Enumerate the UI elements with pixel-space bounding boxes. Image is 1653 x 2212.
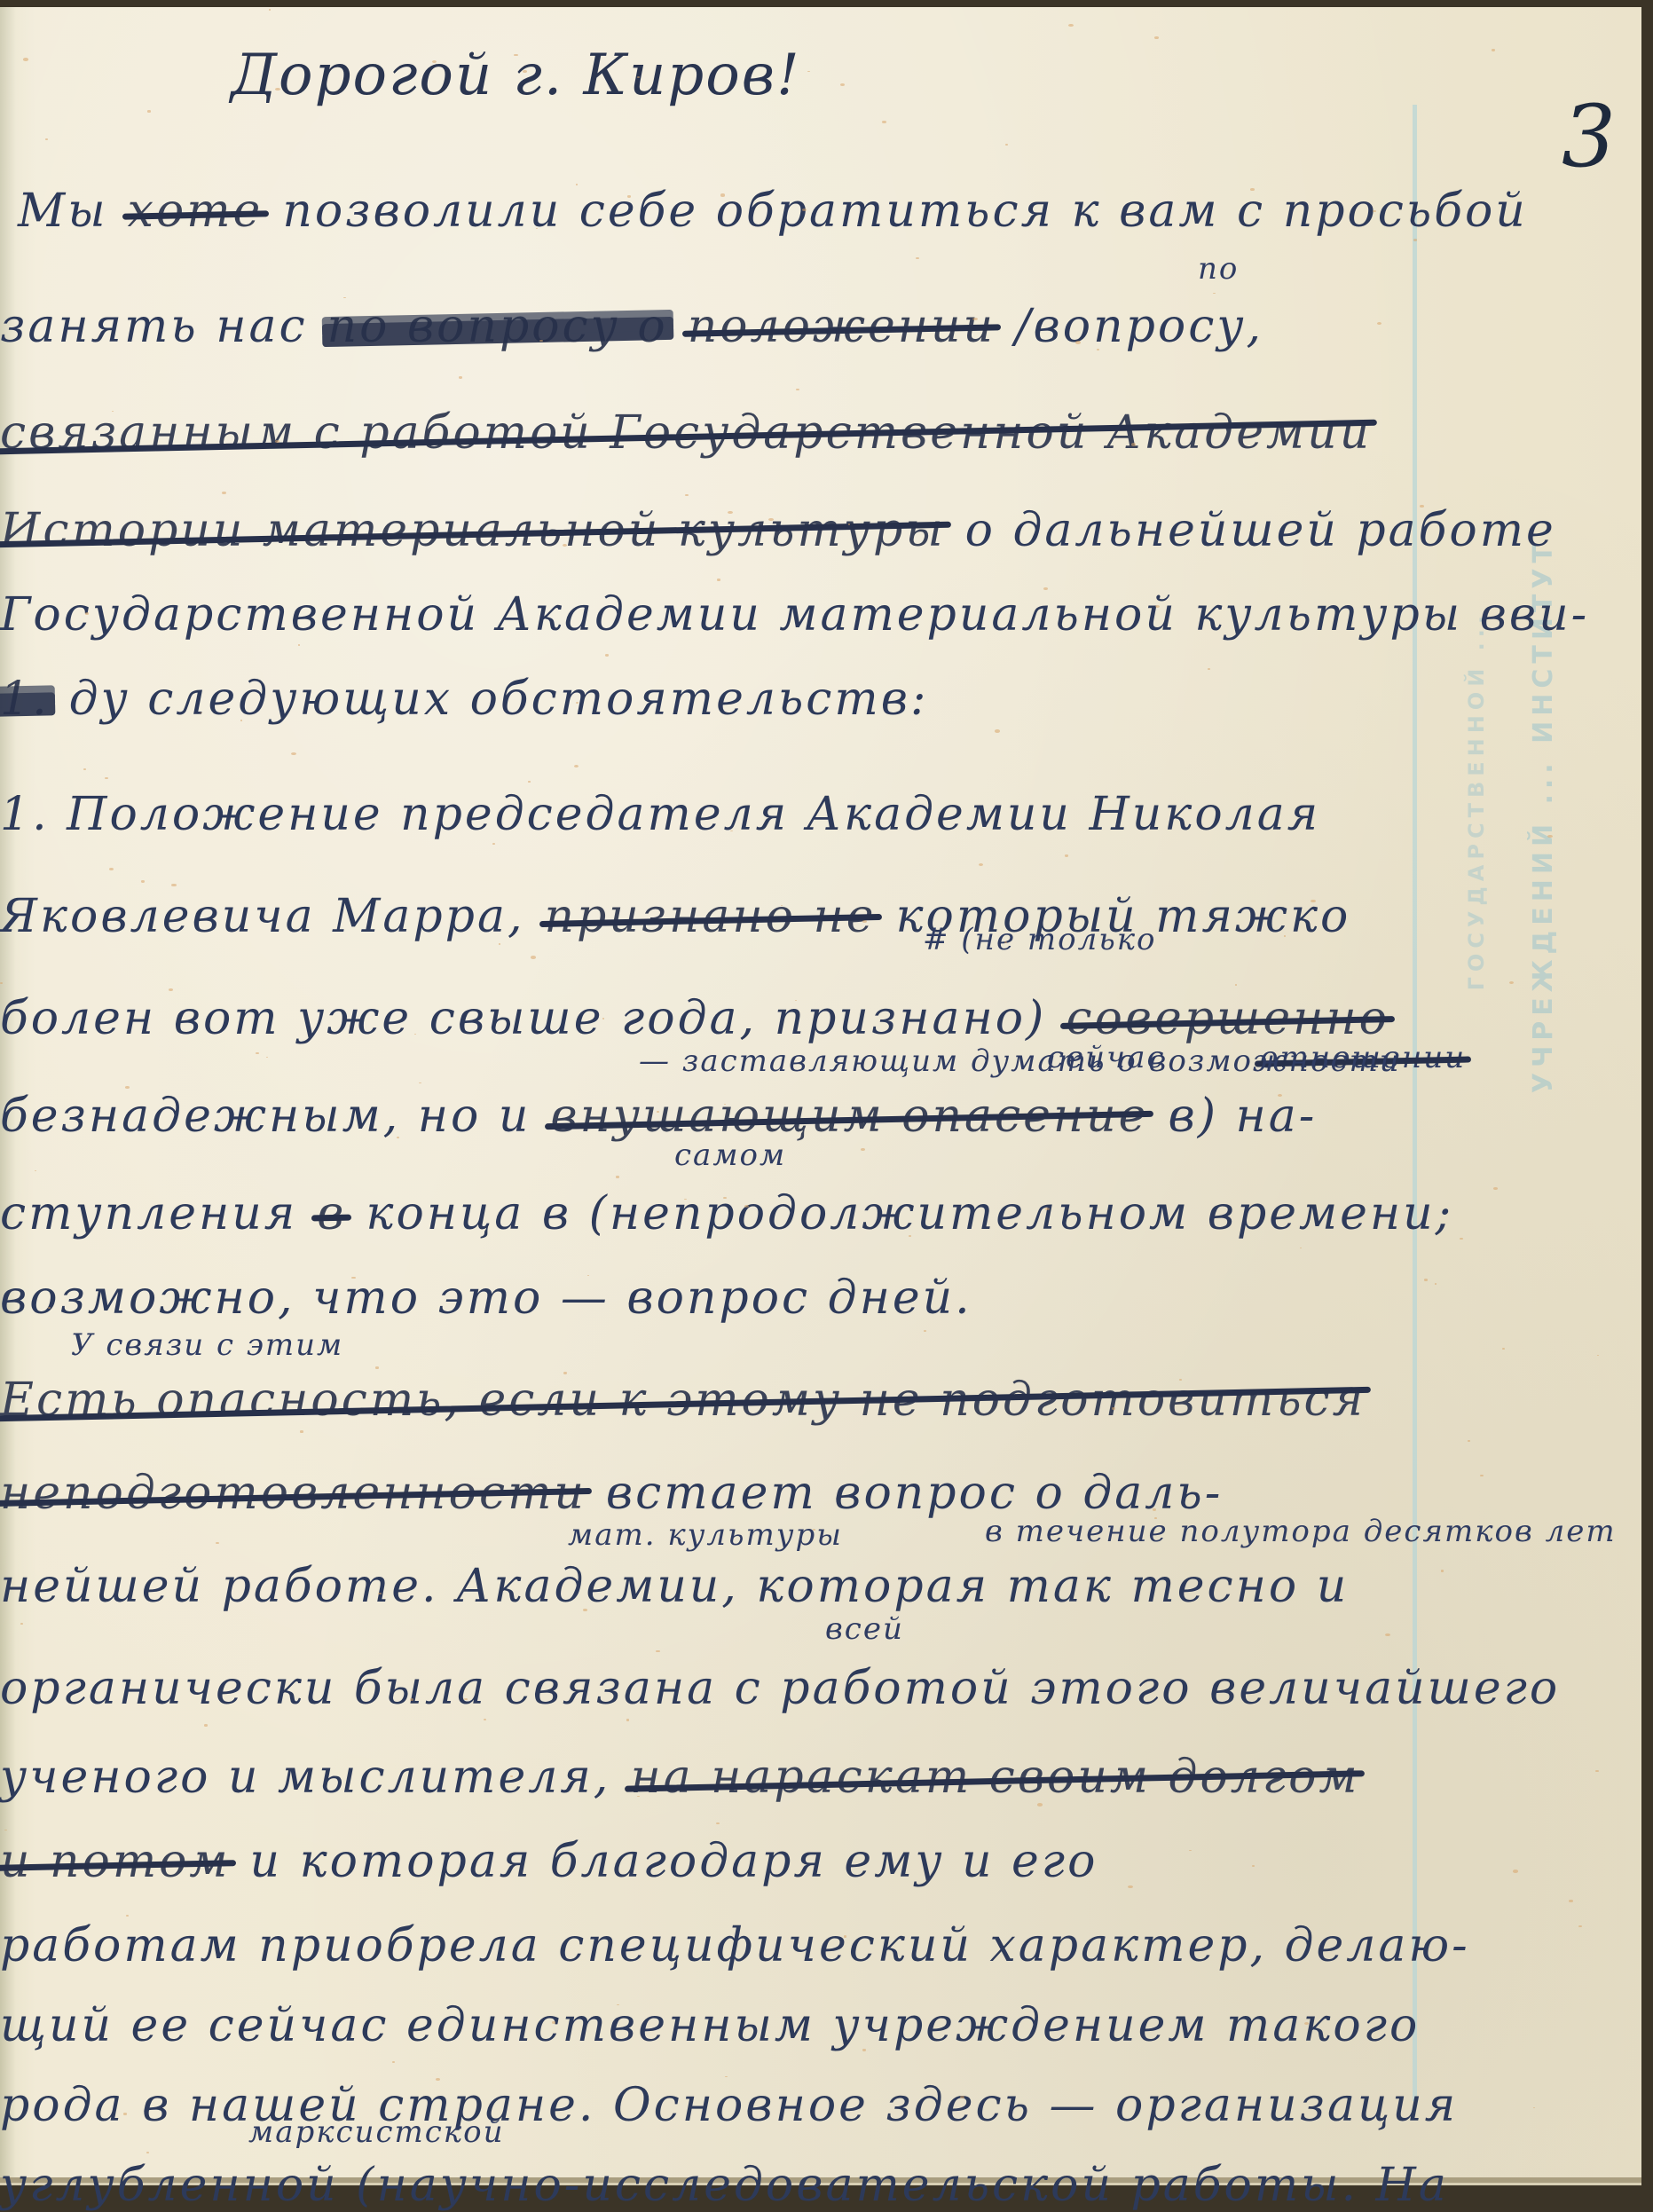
line-text: и которая благодаря ему и его: [250, 1835, 1098, 1888]
paper-fiber-speck: [909, 1235, 911, 1237]
paper-fiber-speck: [656, 1650, 659, 1653]
interlinear-insertion: марксистской: [248, 2114, 504, 2150]
paper-fiber-speck: [492, 843, 495, 845]
paper-fiber-speck: [1179, 1379, 1182, 1381]
paper-fiber-speck: [1043, 587, 1048, 590]
line-text: работам приобрела специфический характер…: [0, 1919, 1470, 1972]
manuscript-line: ученого и мыслителя,на нараскат своим до…: [0, 1751, 1380, 1804]
paper-fiber-speck: [1435, 1283, 1437, 1284]
paper-fiber-speck: [146, 2152, 150, 2153]
paper-fiber-speck: [862, 2049, 866, 2051]
paper-fiber-speck: [269, 9, 272, 11]
paper-fiber-speck: [605, 654, 610, 657]
struck-text: совершенно: [1066, 992, 1389, 1045]
paper-fiber-speck: [147, 110, 151, 112]
line-text: встает вопрос о даль-: [606, 1467, 1223, 1520]
manuscript-line: безнадежным, но ивнушающим опасениев) на…: [0, 1090, 1336, 1143]
manuscript-line: Яковлевича Марра,признано некоторый тяжк…: [0, 890, 1370, 943]
paper-fiber-speck: [995, 729, 1000, 733]
salutation: Дорогой г. Киров!: [231, 43, 801, 108]
paper-fiber-speck: [725, 2076, 727, 2077]
manuscript-line: 1.ду следующих обстоятельств:: [0, 673, 949, 726]
paper-fiber-speck: [256, 1052, 259, 1054]
paper-fiber-speck: [1128, 1885, 1133, 1888]
paper-fiber-speck: [916, 257, 919, 259]
paper-fiber-speck: [83, 768, 86, 770]
interlinear-insertion: мат. культуры: [568, 1517, 843, 1553]
struck-text: 1.: [0, 673, 50, 726]
manuscript-line: углубленной (научно-исследовательской ра…: [0, 2159, 1468, 2200]
line-text: ду следующих обстоятельств:: [69, 673, 929, 726]
paper-fiber-speck: [1300, 1248, 1303, 1249]
paper-fiber-speck: [716, 1822, 720, 1824]
paper-fiber-speck: [1513, 1870, 1518, 1873]
line-text: 1. Положение председателя Академии Никол…: [0, 788, 1320, 841]
paper-fiber-speck: [531, 956, 536, 958]
paper-fiber-speck: [861, 1148, 865, 1151]
paper-fiber-speck: [840, 83, 846, 87]
paper-fiber-speck: [728, 511, 733, 515]
line-text: органически была связана с работой этого…: [0, 1662, 1560, 1715]
paper-fiber-speck: [1235, 984, 1237, 985]
paper-fiber-speck: [1377, 322, 1381, 325]
paper-fiber-speck: [125, 1086, 130, 1089]
paper-fiber-speck: [1468, 1440, 1469, 1441]
paper-fiber-speck: [657, 1111, 659, 1113]
manuscript-line: неподготовленностивстает вопрос о даль-: [0, 1467, 1242, 1520]
manuscript-line: Государственной Академии материальной ку…: [0, 588, 1609, 642]
paper-fiber-speck: [1424, 1279, 1428, 1280]
paper-fiber-speck: [1011, 223, 1013, 224]
manuscript-line: органически была связана с работой этого…: [0, 1662, 1579, 1715]
paper-fiber-speck: [298, 644, 300, 645]
paper-fiber-speck: [216, 1542, 219, 1545]
line-text: безнадежным, но и: [0, 1090, 531, 1143]
paper-fiber-speck: [1460, 1238, 1463, 1240]
line-text: конца в (непродолжительном времени;: [366, 1187, 1453, 1240]
paper-fiber-speck: [35, 1170, 36, 1171]
paper-fiber-speck: [1284, 935, 1286, 936]
paper-fiber-speck: [375, 1366, 379, 1368]
struck-text: признано не: [545, 890, 877, 943]
paper-fiber-speck: [1493, 1187, 1498, 1190]
paper-fiber-speck: [1037, 1803, 1043, 1807]
paper-fiber-speck: [1413, 239, 1417, 240]
paper-fiber-speck: [1065, 854, 1068, 857]
paper-fiber-speck: [266, 1057, 268, 1058]
paper-fiber-speck: [105, 777, 108, 779]
paper-fiber-speck: [378, 1593, 381, 1594]
paper-fiber-speck: [1252, 1865, 1255, 1867]
interlinear-insertion: всей: [825, 1611, 904, 1647]
paper-fiber-speck: [720, 193, 725, 196]
paper-fiber-speck: [459, 376, 463, 379]
paper-fiber-speck: [300, 1430, 303, 1432]
paper-fiber-speck: [4, 1830, 7, 1831]
interlinear-insertion: # (не только: [923, 922, 1157, 957]
line-text: углубленной (научно-исследовательской ра…: [0, 2159, 1449, 2200]
line-text: в) на-: [1168, 1090, 1317, 1143]
struck-text: неподготовленности: [0, 1467, 586, 1520]
paper-fiber-speck: [979, 863, 984, 866]
interlinear-insertion: У связи с этим: [71, 1327, 343, 1363]
line-text: нейшей работе. Академии, которая так тес…: [0, 1560, 1349, 1613]
paper-fiber-speck: [1480, 1475, 1484, 1476]
paper-fiber-speck: [844, 1935, 847, 1937]
struck-text: Истории материальной культуры: [0, 504, 946, 557]
paper-fiber-speck: [343, 297, 345, 298]
line-text: позволили себе обратиться к вам с просьб…: [282, 185, 1527, 238]
paper-fiber-speck: [685, 494, 689, 496]
manuscript-line: 1. Положение председателя Академии Никол…: [0, 788, 1340, 841]
paper-fiber-speck: [109, 868, 114, 870]
paper-fiber-speck: [392, 2061, 395, 2063]
paper-fiber-speck: [802, 209, 807, 211]
struck-text: по вопросу о: [327, 300, 668, 353]
paper-fiber-speck: [499, 943, 500, 944]
paper-fiber-speck: [552, 2021, 556, 2024]
paper-fiber-speck: [45, 138, 48, 140]
manuscript-line: Есть опасность, если к этому не подготов…: [0, 1374, 1385, 1427]
manuscript-line: щий ее сейчас единственным учреждением т…: [0, 1999, 1439, 2052]
paper-fiber-speck: [436, 2078, 440, 2081]
paper-fiber-speck: [85, 612, 89, 614]
manuscript-line: занять наспо вопросу оположении/вопросу,…: [0, 300, 1283, 353]
line-text: Мы: [18, 185, 108, 238]
page-number: 3: [1562, 87, 1616, 186]
paper-fiber-speck: [23, 58, 28, 61]
paper-fiber-speck: [1068, 24, 1073, 27]
paper-fiber-speck: [410, 1698, 413, 1700]
manuscript-line: Истории материальной культурыо дальнейше…: [0, 504, 1576, 557]
bleed-through-stamp: ГОСУДАРСТВЕННОЙ ...: [1464, 610, 1489, 990]
paper-fiber-speck: [1578, 1925, 1582, 1927]
paper-fiber-speck: [1547, 835, 1553, 838]
paper-fiber-speck: [1441, 1570, 1444, 1571]
line-text: Государственной Академии материальной ку…: [0, 588, 1589, 642]
paper-fiber-speck: [1154, 1517, 1157, 1519]
manuscript-line: работам приобрела специфический характер…: [0, 1919, 1490, 1972]
paper-fiber-speck: [1533, 2107, 1535, 2108]
paper-fiber-speck: [484, 1719, 486, 1720]
paper-fiber-speck: [1595, 1770, 1598, 1772]
paper-fiber-speck: [204, 1724, 208, 1726]
manuscript-line: возможно, что это — вопрос дней.: [0, 1271, 992, 1325]
interlinear-insertion: самом: [674, 1137, 786, 1173]
paper-fiber-speck: [222, 492, 226, 494]
manuscript-line: ступлениявконца в (непродолжительном вре…: [0, 1187, 1473, 1240]
paper-fiber-speck: [1153, 1508, 1156, 1511]
interlinear-insertion: — заставляющим думать о возможности: [639, 1043, 1401, 1079]
paper-fiber-speck: [171, 884, 177, 886]
paper-fiber-speck: [730, 830, 732, 831]
line-text: болен вот уже свыше года, признано): [0, 992, 1046, 1045]
paper-fiber-speck: [616, 1176, 619, 1177]
paper-fiber-speck: [807, 71, 809, 72]
paper-fiber-speck: [796, 389, 799, 391]
interlinear-insertion: в течение полутора десятков лет: [985, 1514, 1617, 1549]
paper-fiber-speck: [123, 2113, 127, 2114]
line-text: о дальнейшей работе: [965, 504, 1556, 557]
manuscript-line: болен вот уже свыше года, признано)совер…: [0, 992, 1409, 1045]
paper-fiber-speck: [576, 184, 578, 185]
line-text: /вопросу,: [1015, 300, 1263, 353]
paper-fiber-speck: [1597, 1355, 1599, 1356]
manuscript-line: и потоми которая благодаря ему и его: [0, 1835, 1117, 1888]
paper-fiber-speck: [514, 54, 517, 56]
line-text: Яковлевича Марра,: [0, 890, 525, 943]
paper-fiber-speck: [1250, 188, 1255, 191]
paper-fiber-speck: [882, 121, 886, 123]
struck-text: связанным с работой Государственной Акад…: [0, 406, 1372, 460]
paper-fiber-speck: [1311, 900, 1316, 902]
paper-fiber-speck: [1492, 49, 1495, 51]
paper-fiber-speck: [576, 702, 579, 704]
struck-text: Есть опасность, если к этому не подготов…: [0, 1374, 1366, 1427]
line-text: возможно, что это — вопрос дней.: [0, 1271, 972, 1325]
paper-fiber-speck: [1075, 341, 1081, 344]
paper-fiber-speck: [972, 318, 978, 320]
paper-fiber-speck: [637, 1796, 639, 1797]
paper-fiber-speck: [1385, 1633, 1390, 1637]
paper-fiber-speck: [432, 60, 437, 63]
manuscript-line: Мыхотепозволили себе обратиться к вам с …: [18, 185, 1547, 238]
line-text: ступления: [0, 1187, 297, 1240]
struck-text: положении: [688, 300, 996, 353]
line-text: щий ее сейчас единственным учреждением т…: [0, 1999, 1420, 2052]
paper-fiber-speck: [1189, 1850, 1192, 1852]
line-text: занять нас: [0, 300, 308, 353]
paper-fiber-speck: [637, 76, 640, 78]
manuscript-line: нейшей работе. Академии, которая так тес…: [0, 1560, 1368, 1613]
paper-fiber-speck: [1112, 1407, 1115, 1409]
paper-fiber-speck: [1005, 144, 1008, 146]
paper-fiber-speck: [141, 880, 145, 883]
manuscript-line: рода в нашей стране. Основное здесь — ор…: [0, 2079, 1477, 2132]
line-text: ученого и мыслителя,: [0, 1751, 610, 1804]
struck-text: в: [317, 1187, 346, 1240]
paper-fiber-speck: [1569, 1900, 1573, 1902]
paper-fiber-speck: [626, 1719, 630, 1720]
manuscript-line: связанным с работой Государственной Акад…: [0, 406, 1391, 460]
paper-fiber-speck: [1154, 36, 1159, 39]
paper-fiber-speck: [419, 1082, 421, 1083]
paper-fiber-speck: [169, 988, 173, 991]
interlinear-insertion: по: [1198, 251, 1239, 287]
struck-text: и потом: [0, 1835, 231, 1888]
paper-fiber-speck: [717, 579, 720, 580]
paper-fiber-speck: [1512, 523, 1514, 524]
paper-fiber-speck: [291, 752, 295, 755]
struck-text: внушающим опасение: [550, 1090, 1148, 1143]
paper-fiber-speck: [1420, 505, 1424, 508]
paper-fiber-speck: [1208, 668, 1210, 670]
paper-fiber-speck: [20, 1623, 23, 1625]
paper-fiber-speck: [126, 1915, 129, 1917]
paper-fiber-speck: [112, 411, 114, 412]
paper-fiber-speck: [1502, 1348, 1505, 1350]
paper-fiber-speck: [1509, 981, 1514, 984]
struck-text: хоте: [128, 185, 264, 238]
margin-rule: [1413, 105, 1417, 2101]
paper-fiber-speck: [523, 70, 527, 73]
struck-text: на нараскат своим долгом: [630, 1751, 1359, 1804]
paper-fiber-speck: [528, 781, 530, 782]
paper-fiber-speck: [1213, 293, 1216, 295]
paper-fiber-speck: [1131, 443, 1136, 445]
manuscript-page: УЧРЕЖДЕНИЙ ... ИНСТИТУТ ГОСУДАРСТВЕННОЙ …: [0, 7, 1641, 2185]
paper-fiber-speck: [1004, 941, 1007, 943]
paper-fiber-speck: [0, 982, 3, 984]
line-text: рода в нашей стране. Основное здесь — ор…: [0, 2079, 1458, 2132]
paper-fiber-speck: [924, 1330, 926, 1332]
paper-fiber-speck: [768, 518, 774, 521]
paper-fiber-speck: [574, 765, 579, 768]
